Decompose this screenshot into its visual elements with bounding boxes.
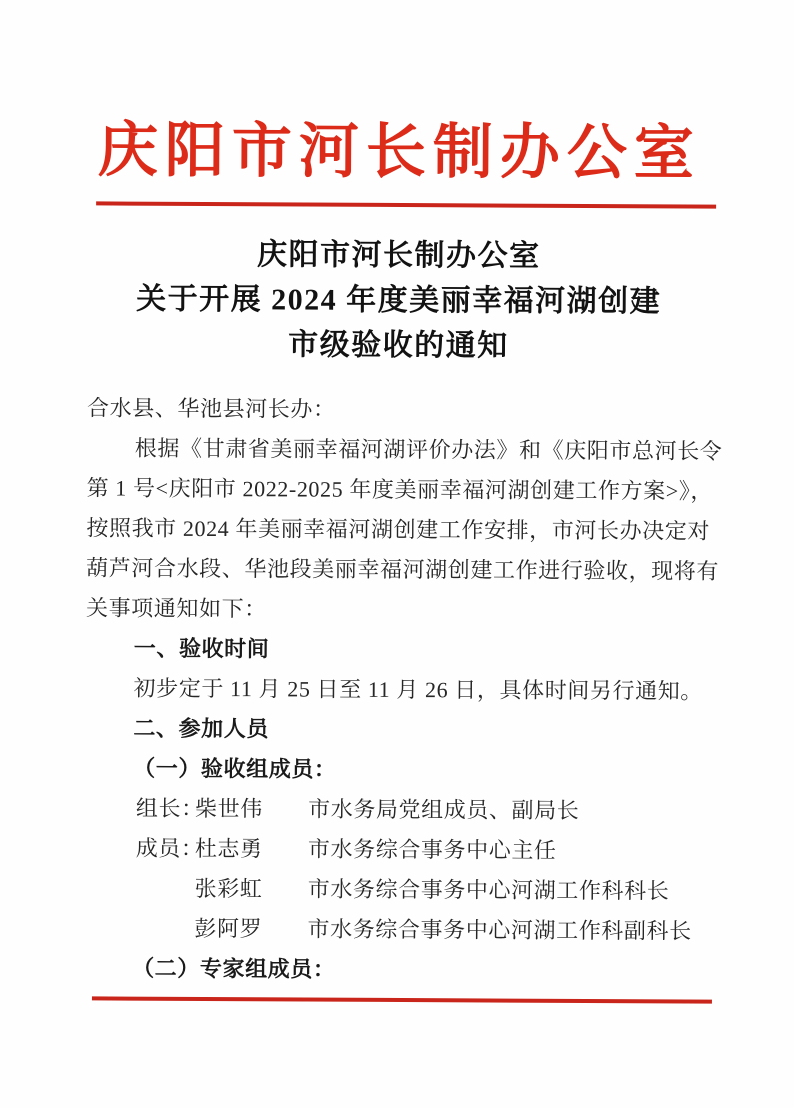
member-row: 彭阿罗 市水务综合事务中心河湖工作科副科长 bbox=[84, 908, 724, 951]
intro-line-1: 根据《甘肃省美丽幸福河湖评价办法》和《庆阳市总河长令 bbox=[87, 428, 727, 471]
member-title: 市水务综合事务中心主任 bbox=[308, 837, 557, 863]
member-row: 成员： 杜志勇 市水务综合事务中心主任 bbox=[85, 828, 725, 871]
member-title: 市水务局党组成员、副局长 bbox=[308, 797, 579, 823]
red-separator-bottom bbox=[92, 996, 712, 1003]
section-2-heading: 二、参加人员 bbox=[85, 708, 725, 751]
section-1-heading: 一、验收时间 bbox=[86, 628, 726, 671]
notice-body: 合水县、华池县河长办： 根据《甘肃省美丽幸福河湖评价办法》和《庆阳市总河长令 第… bbox=[84, 388, 727, 991]
document-title: 庆阳市河长制办公室 关于开展 2024 年度美丽幸福河湖创建 市级验收的通知 bbox=[1, 231, 794, 370]
member-name: 彭阿罗 bbox=[194, 909, 301, 950]
intro-line-4: 葫芦河合水段、华池段美丽幸福河湖创建工作进行验收，现将有 bbox=[86, 548, 726, 591]
member-name: 杜志勇 bbox=[195, 829, 302, 870]
document-title-line-3: 市级验收的通知 bbox=[1, 321, 794, 370]
document-title-line-2: 关于开展 2024 年度美丽幸福河湖创建 bbox=[2, 276, 794, 325]
member-name: 张彩虹 bbox=[195, 869, 302, 910]
letterhead-org-name: 庆阳市河长制办公室 bbox=[2, 110, 794, 194]
intro-line-5: 关事项通知如下： bbox=[86, 588, 726, 631]
member-row: 张彩虹 市水务综合事务中心河湖工作科科长 bbox=[84, 868, 724, 911]
red-separator-top bbox=[96, 201, 716, 208]
scan-content: 庆阳市河长制办公室 庆阳市河长制办公室 关于开展 2024 年度美丽幸福河湖创建… bbox=[0, 0, 794, 1108]
intro-line-2: 第 1 号<庆阳市 2022-2025 年度美丽幸福河湖创建工作方案>》， bbox=[87, 468, 727, 511]
member-name: 柴世伟 bbox=[195, 789, 302, 830]
salutation: 合水县、华池县河长办： bbox=[87, 388, 727, 431]
member-title: 市水务综合事务中心河湖工作科副科长 bbox=[307, 917, 691, 944]
expert-group-heading: （二）专家组成员： bbox=[84, 948, 724, 991]
acceptance-group-heading: （一）验收组成员： bbox=[85, 748, 725, 791]
document-title-line-1: 庆阳市河长制办公室 bbox=[2, 231, 794, 280]
member-role: 组长： bbox=[136, 789, 189, 829]
member-row: 组长： 柴世伟 市水务局党组成员、副局长 bbox=[85, 788, 725, 831]
scanned-notice-page: 庆阳市河长制办公室 庆阳市河长制办公室 关于开展 2024 年度美丽幸福河湖创建… bbox=[0, 0, 794, 1108]
member-role: 成员： bbox=[136, 829, 189, 869]
member-title: 市水务综合事务中心河湖工作科科长 bbox=[308, 877, 670, 904]
section-1-schedule: 初步定于 11 月 25 日至 11 月 26 日，具体时间另行通知。 bbox=[85, 668, 725, 711]
intro-line-3: 按照我市 2024 年美丽幸福河湖创建工作安排，市河长办决定对 bbox=[86, 508, 726, 551]
